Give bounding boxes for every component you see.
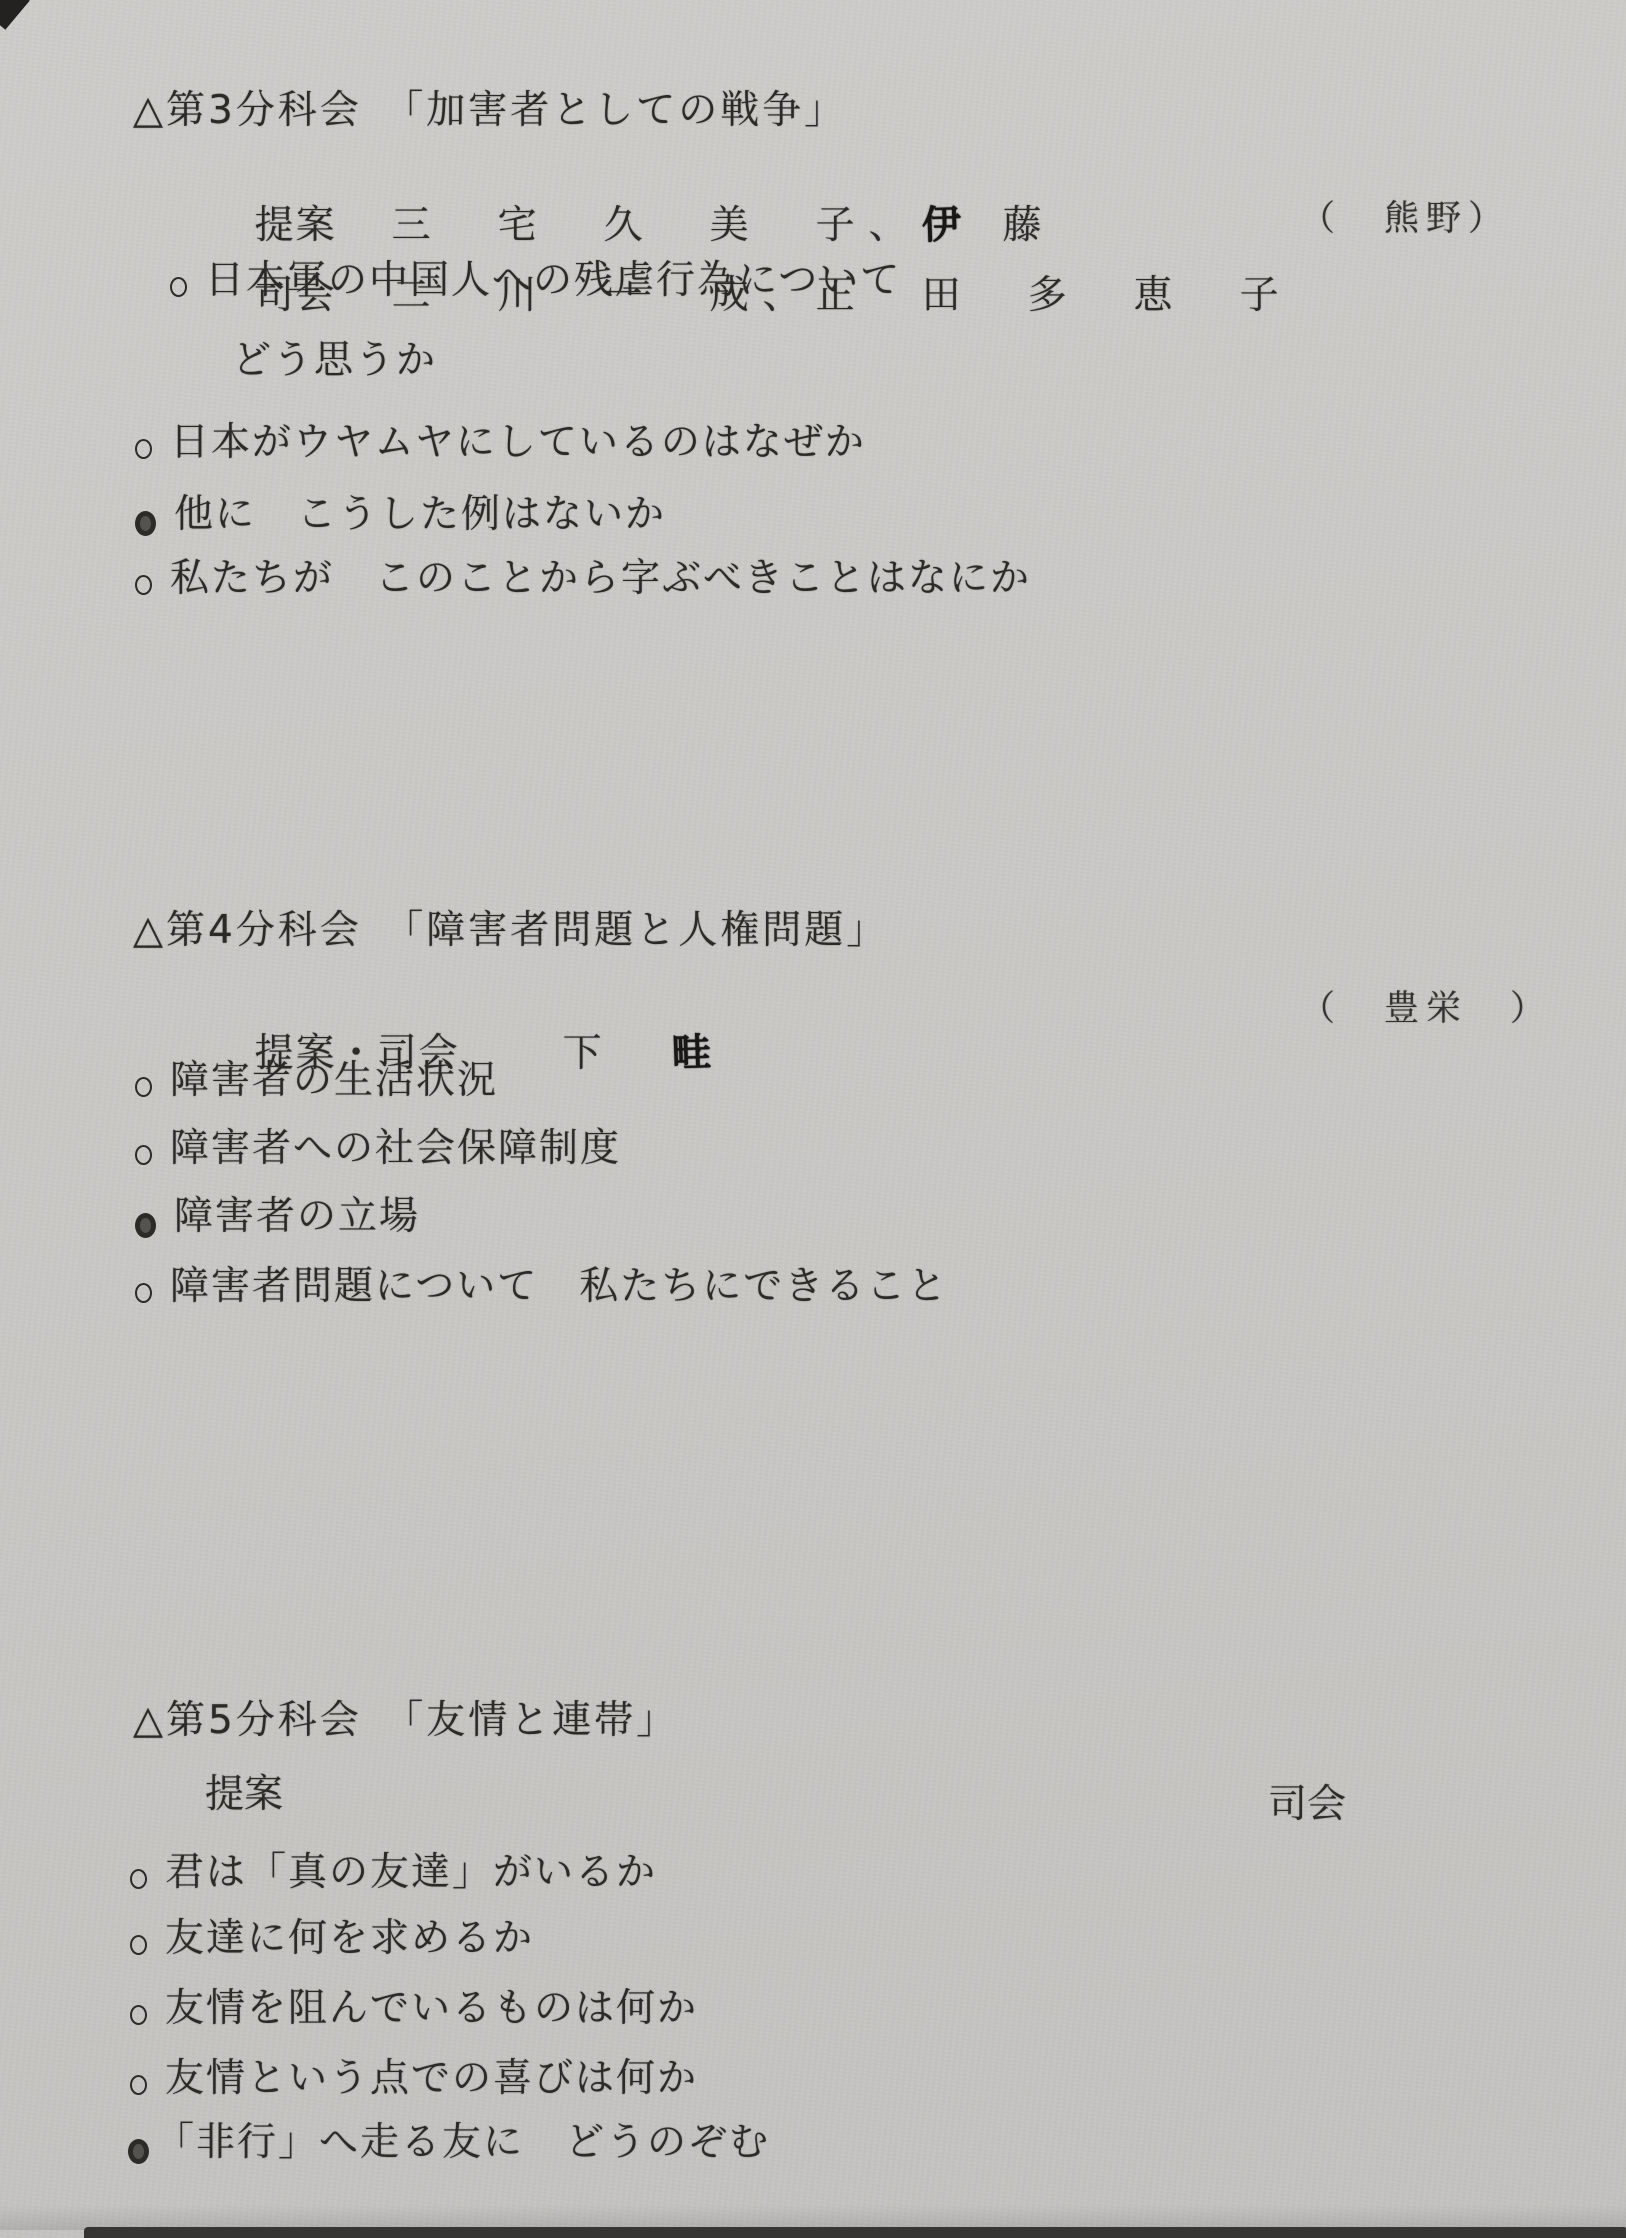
bullet-icon [130, 2075, 147, 2095]
topic-text: 友情を阻んでいるものは何か [165, 1986, 698, 2033]
staff-handwritten-name: 畦 [671, 1030, 712, 1078]
topic-text: 私たちが このことから字ぶべきことはなにか [170, 556, 1031, 603]
topic-item: 友情を阻んでいるものは何か [130, 1986, 698, 2033]
scan-corner-artifact [0, 0, 30, 30]
topic-text: 友達に何を求めるか [165, 1916, 534, 1963]
topic-text: 君は「真の友達」がいるか [165, 1850, 657, 1897]
topic-text: 日本軍の中国人への残虐行為について [205, 258, 901, 305]
topic-text: 「非行」へ走る友に どうのぞむ [155, 2120, 770, 2167]
bullet-icon [130, 2005, 147, 2025]
section3-location-note: （ 熊野） [1300, 198, 1510, 240]
section4-location-note: （ 豊栄 ） [1300, 988, 1552, 1030]
topic-text: 障害者の立場 [174, 1194, 420, 1241]
staff-name: 下 [563, 1031, 602, 1076]
topic-item: 君は「真の友達」がいるか [130, 1850, 657, 1897]
topic-item: 障害者の立場 [135, 1194, 420, 1241]
bullet-icon [135, 1145, 152, 1165]
bullet-icon [135, 439, 152, 459]
scan-edge-artifact [84, 2227, 1626, 2238]
scanned-page: △第3分科会 「加害者としての戦争」 提案三 宅 久 美 子、伊藤 司会二 川 … [0, 0, 1626, 2238]
bullet-icon [130, 1869, 147, 1889]
topic-text: 他に こうした例はないか [174, 492, 666, 539]
bullet-icon [170, 277, 187, 297]
topic-item: 「非行」へ走る友に どうのぞむ [128, 2120, 770, 2167]
bullet-icon [135, 1283, 152, 1303]
section5-proposer-label: 提案 [205, 1772, 283, 1819]
topic-text: 友情という点での喜びは何か [165, 2056, 698, 2103]
topic-item: 障害者問題について 私たちにできること [135, 1264, 948, 1311]
topic-item: 日本がウヤムヤにしているのはなぜか [135, 420, 866, 467]
section3-title: △第3分科会 「加害者としての戦争」 [133, 88, 846, 135]
topic-item: 友達に何を求めるか [130, 1916, 534, 1963]
section5-title: △第5分科会 「友情と連帯」 [133, 1698, 678, 1745]
topic-item: 日本軍の中国人への残虐行為について [170, 258, 901, 305]
bullet-icon [128, 2139, 149, 2164]
topic-text: 障害者への社会保障制度 [170, 1126, 621, 1173]
section4-title: △第4分科会 「障害者問題と人権問題」 [133, 908, 888, 955]
bullet-icon [135, 1077, 152, 1097]
topic-item: 他に こうした例はないか [135, 492, 666, 539]
bullet-icon [135, 511, 156, 536]
bullet-icon [135, 1213, 156, 1238]
topic-continuation: どう思うか [232, 338, 437, 385]
topic-text: 障害者の生活状況 [170, 1058, 498, 1105]
bullet-icon [130, 1935, 147, 1955]
bullet-icon [135, 575, 152, 595]
topic-item: 私たちが このことから字ぶべきことはなにか [135, 556, 1031, 603]
section5-chair-label: 司会 [1268, 1782, 1346, 1829]
topic-item: 友情という点での喜びは何か [130, 2056, 698, 2103]
topic-text: 障害者問題について 私たちにできること [170, 1264, 948, 1311]
topic-item: 障害者の生活状況 [135, 1058, 498, 1105]
topic-text: 日本がウヤムヤにしているのはなぜか [170, 420, 866, 467]
topic-item: 障害者への社会保障制度 [135, 1126, 621, 1173]
